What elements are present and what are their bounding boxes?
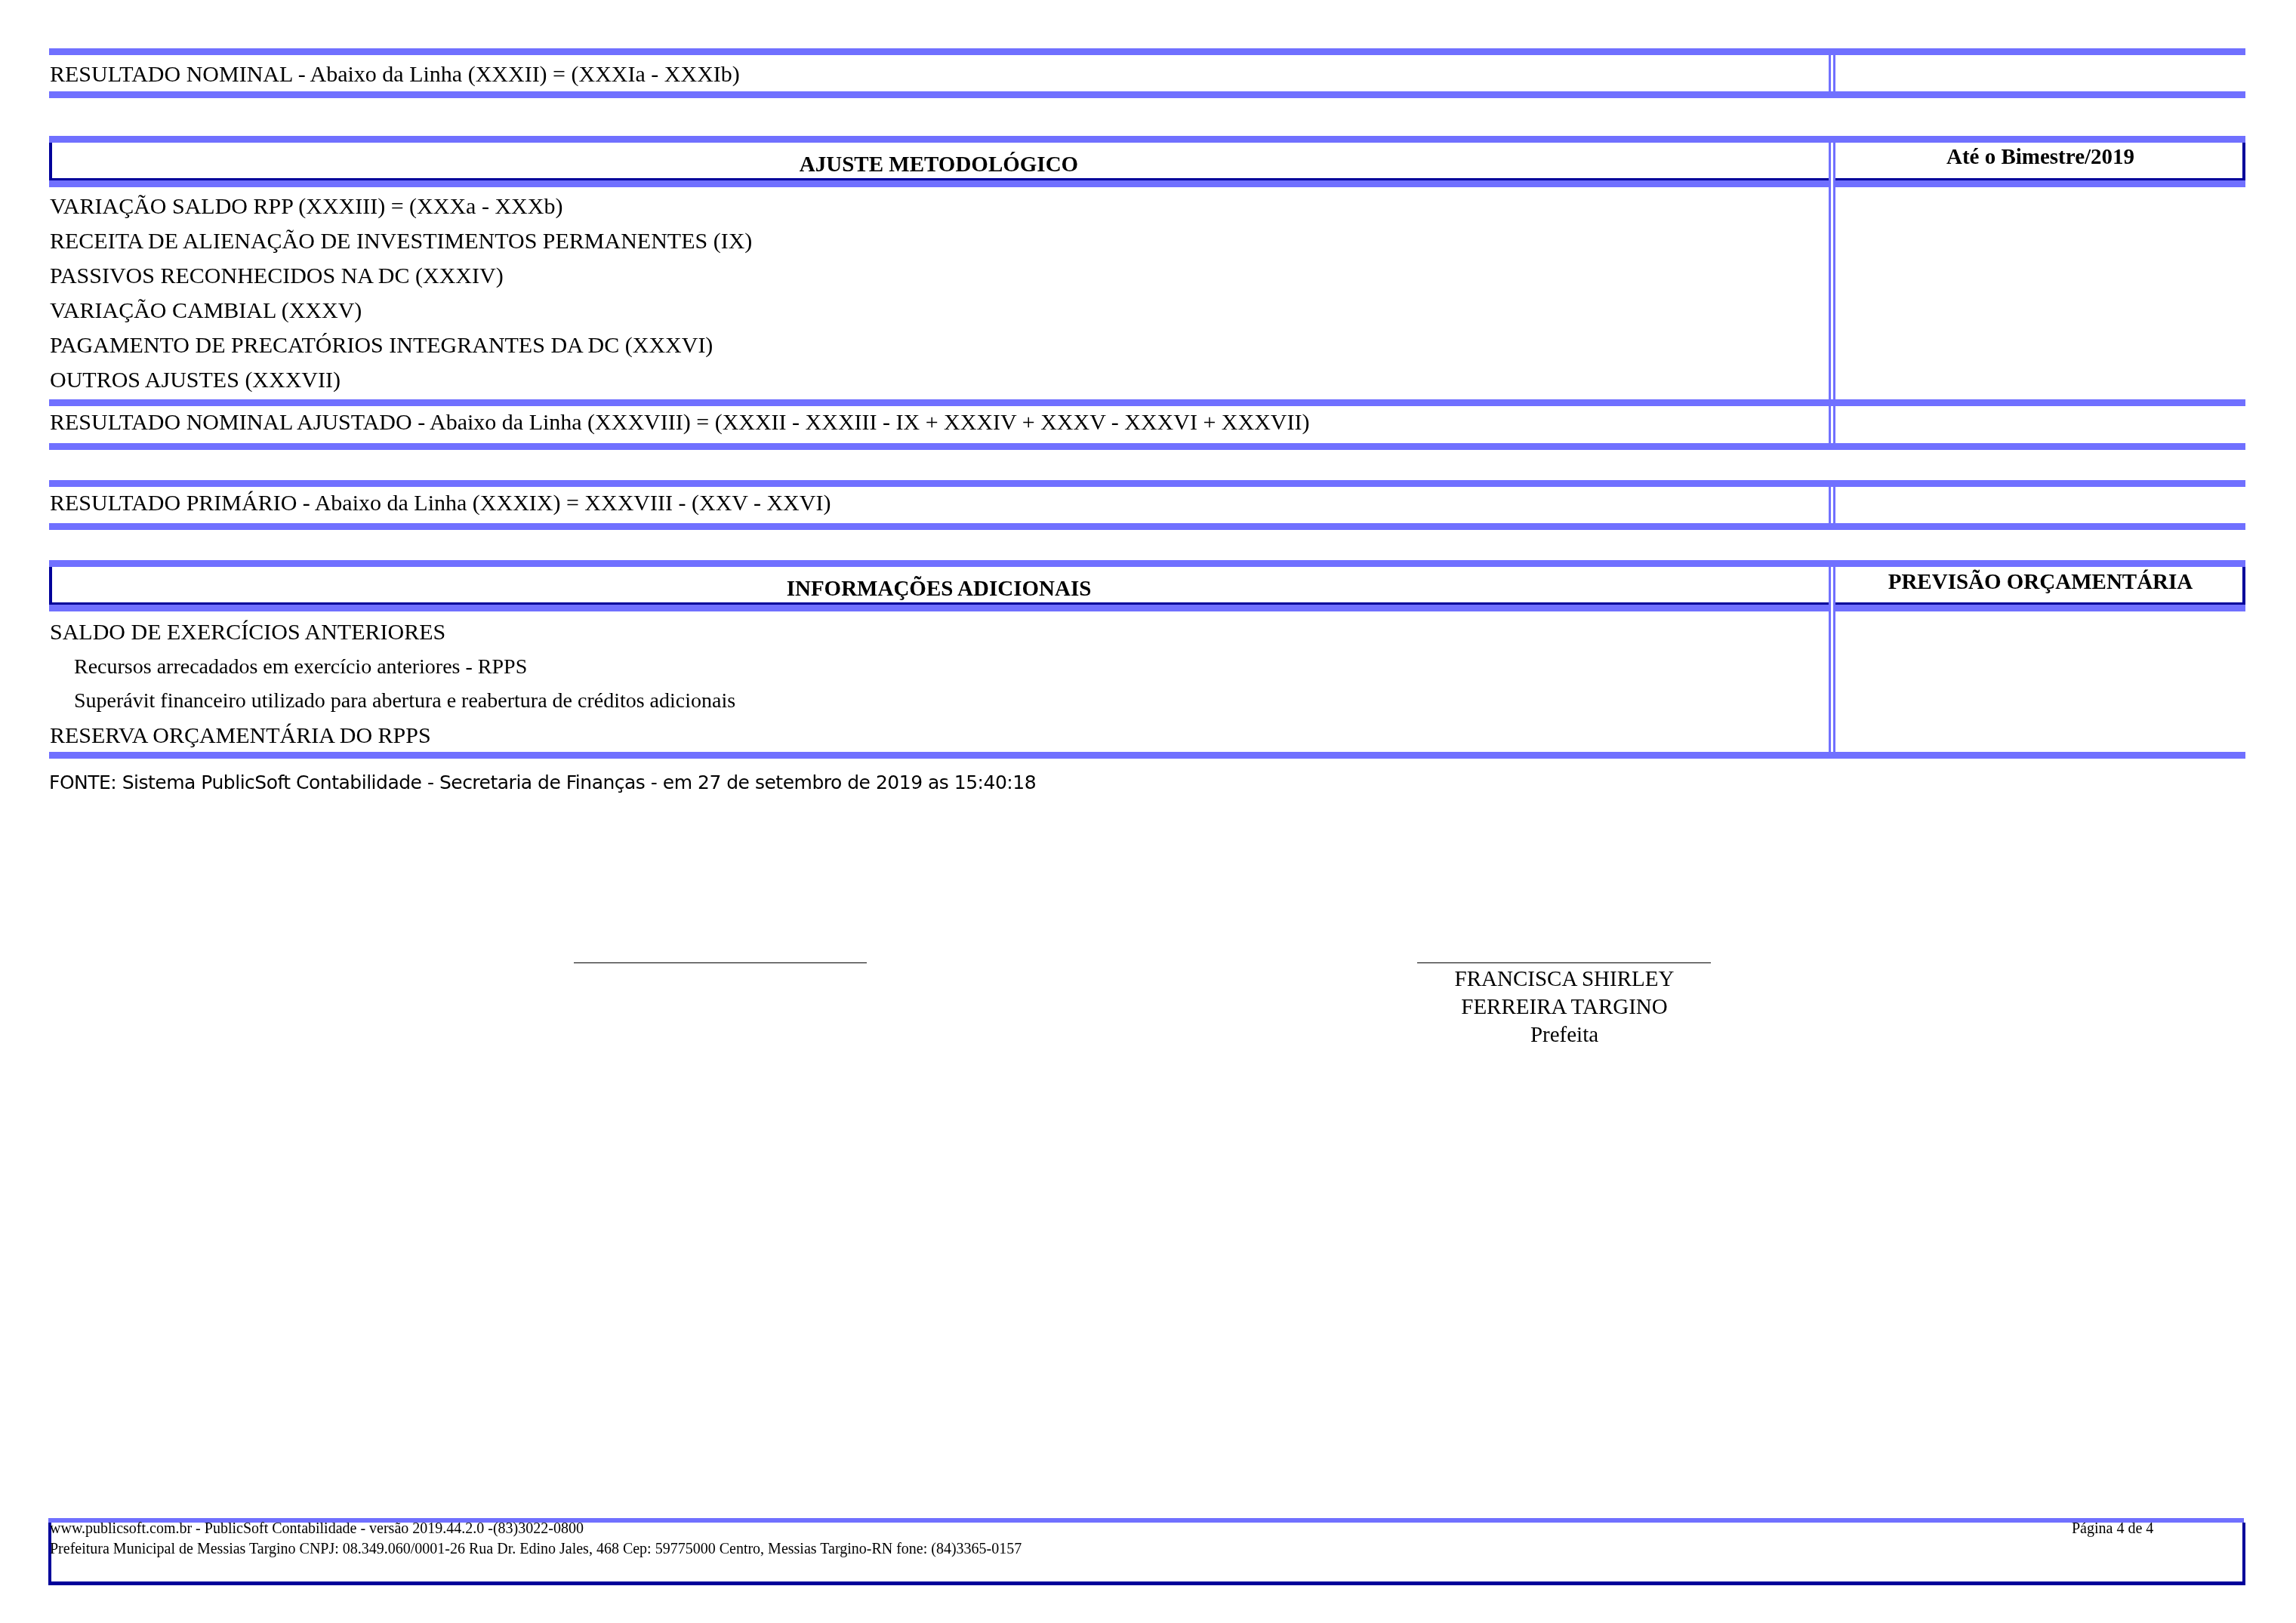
informacoes-header-value: PREVISÃO ORÇAMENTÁRIA: [1835, 570, 2245, 595]
ajuste-header-label: AJUSTE METODOLÓGICO: [49, 152, 1829, 177]
divider-bar: [49, 605, 2245, 611]
column-divider: [1829, 567, 1835, 759]
divider-bar: [49, 136, 2245, 143]
row-label: OUTROS AJUSTES (XXXVII): [50, 363, 341, 398]
row-label: PAGAMENTO DE PRECATÓRIOS INTEGRANTES DA …: [50, 328, 713, 363]
column-divider: [1829, 406, 1835, 443]
divider-bar: [49, 48, 2245, 55]
resultado-nominal-ajustado-label: RESULTADO NOMINAL AJUSTADO - Abaixo da L…: [50, 405, 1309, 440]
footer-line1: www.publicsoft.com.br - PublicSoft Conta…: [50, 1520, 584, 1538]
row-label: Superávit financeiro utilizado para aber…: [74, 684, 735, 719]
divider-bar: [49, 752, 2245, 759]
resultado-nominal-label: RESULTADO NOMINAL - Abaixo da Linha (XXX…: [50, 57, 740, 92]
row-label: RESERVA ORÇAMENTÁRIA DO RPPS: [50, 719, 431, 753]
page-number: Página 4 de 4: [2072, 1520, 2153, 1538]
row-label: VARIAÇÃO SALDO RPP (XXXIII) = (XXXa - XX…: [50, 189, 562, 224]
row-label: VARIAÇÃO CAMBIAL (XXXV): [50, 294, 362, 328]
signatory-role: Prefeita: [1417, 1021, 1712, 1049]
column-divider: [1829, 55, 1835, 91]
footer-line2: Prefeitura Municipal de Messias Targino …: [50, 1540, 1022, 1558]
divider-bar: [49, 560, 2245, 567]
divider-bar: [49, 523, 2245, 530]
row-label: Recursos arrecadados em exercício anteri…: [74, 650, 527, 685]
signatory-name-line1: FRANCISCA SHIRLEY: [1417, 965, 1712, 993]
source-note: FONTE: Sistema PublicSoft Contabilidade …: [49, 771, 1036, 793]
row-label: RECEITA DE ALIENAÇÃO DE INVESTIMENTOS PE…: [50, 224, 752, 259]
column-divider: [1829, 143, 1835, 399]
informacoes-header-label: INFORMAÇÕES ADICIONAIS: [49, 577, 1829, 602]
signature-line-right: [1417, 962, 1711, 963]
divider-bar: [49, 443, 2245, 450]
divider-bar: [49, 180, 2245, 187]
signature-line-left: [574, 962, 867, 963]
row-label: PASSIVOS RECONHECIDOS NA DC (XXXIV): [50, 259, 504, 294]
resultado-primario-label: RESULTADO PRIMÁRIO - Abaixo da Linha (XX…: [50, 486, 831, 521]
ajuste-header-value: Até o Bimestre/2019: [1835, 145, 2245, 170]
signatory-name-line2: FERREIRA TARGINO: [1417, 993, 1712, 1021]
row-label: SALDO DE EXERCÍCIOS ANTERIORES: [50, 615, 445, 650]
divider-bar: [49, 91, 2245, 98]
